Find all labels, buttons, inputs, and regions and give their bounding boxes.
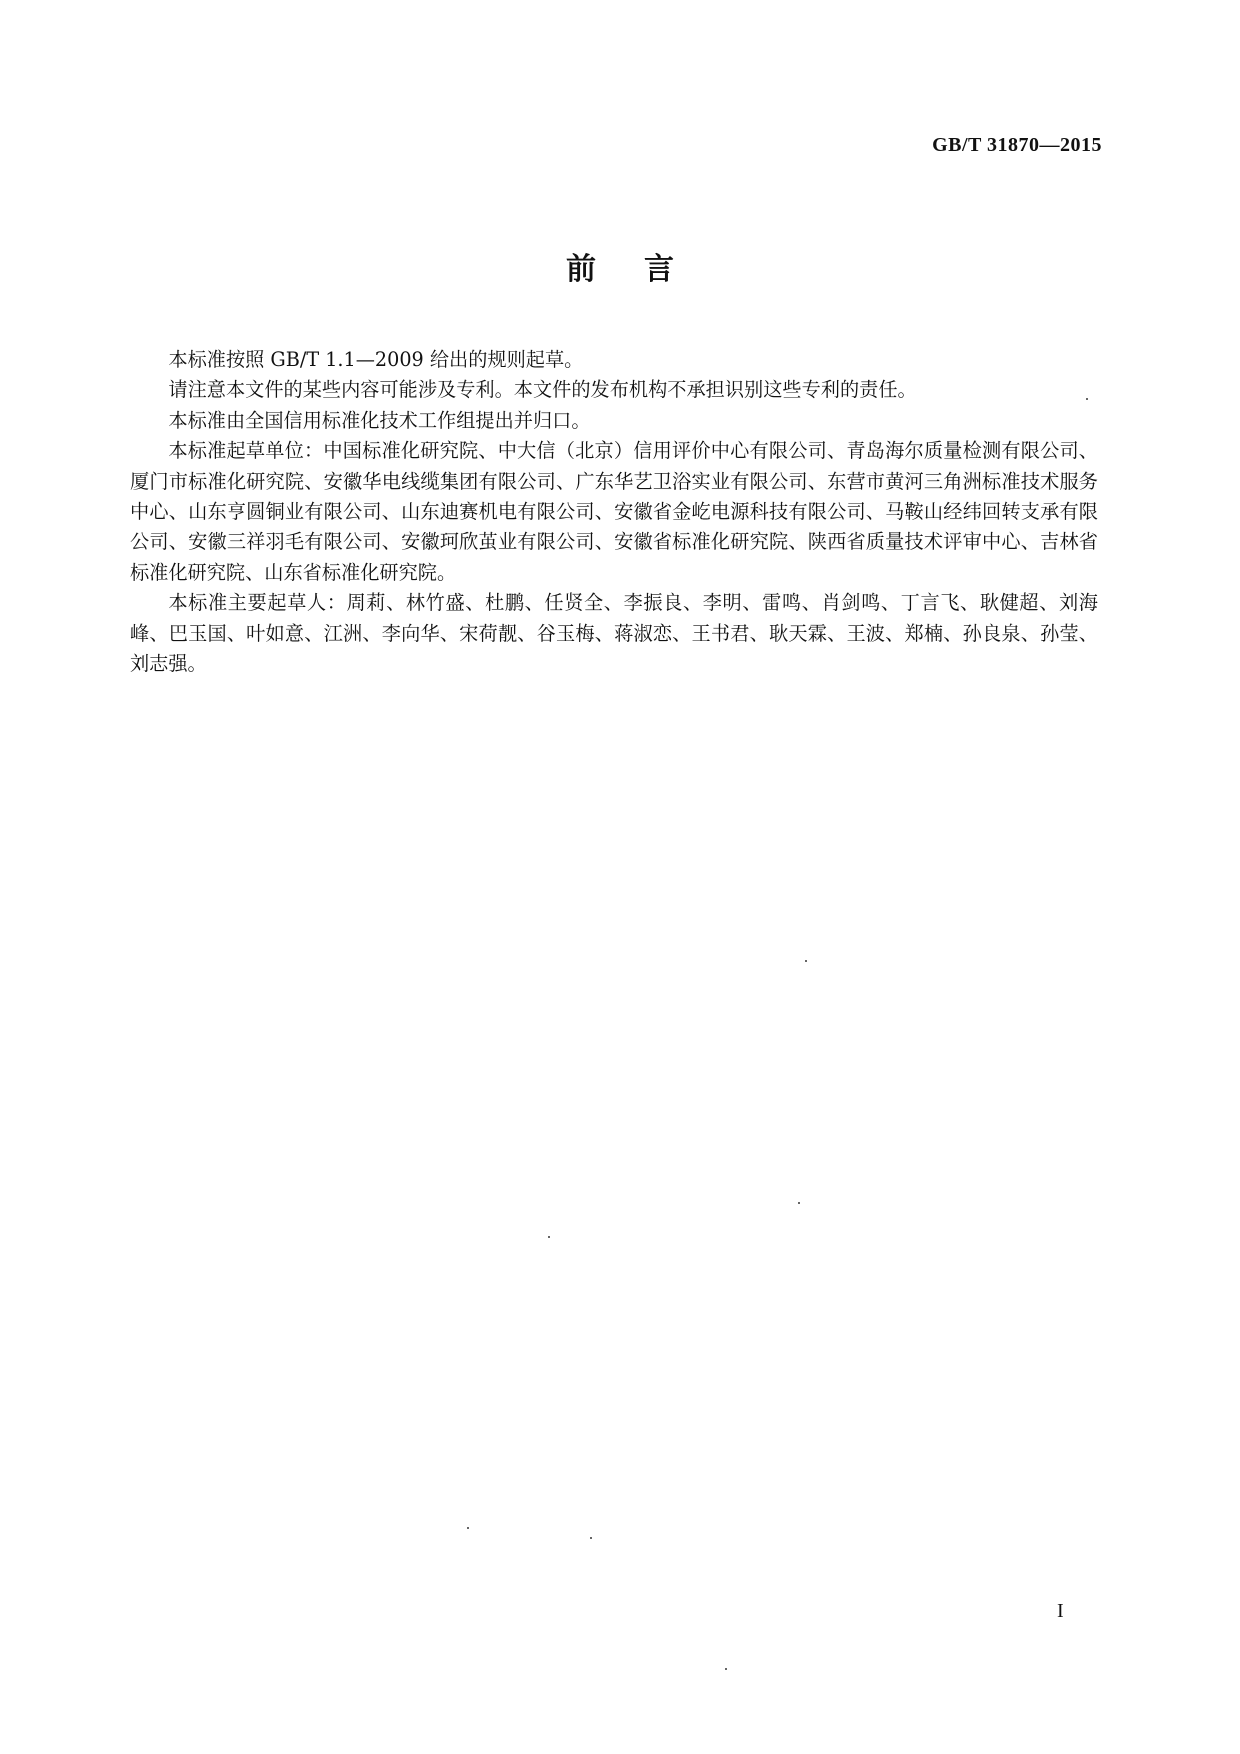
scan-speck: [590, 1537, 592, 1539]
scan-speck: [725, 1668, 727, 1670]
page-number: I: [1057, 1600, 1064, 1623]
foreword-body: 本标准按照 GB/T 1.1—2009 给出的规则起草。 请注意本文件的某些内容…: [130, 345, 1098, 679]
scan-speck: [548, 1236, 550, 1238]
scan-speck: [1086, 398, 1088, 400]
paragraph-proposer: 本标准由全国信用标准化技术工作组提出并归口。: [130, 406, 1098, 436]
paragraph-drafting-units: 本标准起草单位：中国标准化研究院、中大信（北京）信用评价中心有限公司、青岛海尔质…: [130, 436, 1098, 588]
scan-speck: [805, 960, 807, 962]
scan-speck: [467, 1527, 469, 1529]
paragraph-patent-notice: 请注意本文件的某些内容可能涉及专利。本文件的发布机构不承担识别这些专利的责任。: [130, 375, 1098, 405]
page-title: 前言: [0, 244, 1240, 288]
scan-speck: [798, 1202, 800, 1204]
paragraph-drafting-rules: 本标准按照 GB/T 1.1—2009 给出的规则起草。: [130, 345, 1098, 375]
paragraph-drafters: 本标准主要起草人：周莉、林竹盛、杜鹏、任贤全、李振良、李明、雷鸣、肖剑鸣、丁言飞…: [130, 588, 1098, 679]
standard-code: GB/T 31870—2015: [932, 134, 1102, 157]
